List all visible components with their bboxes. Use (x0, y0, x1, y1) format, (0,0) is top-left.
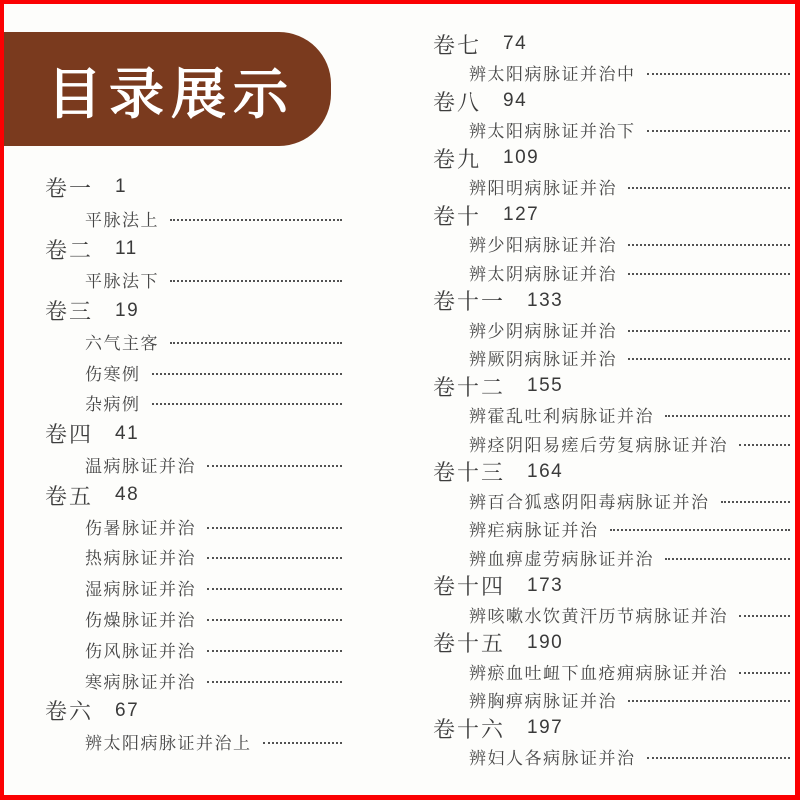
book-toc-page: 目录展示 卷一1平脉法上卷二11平脉法下卷三19六气主客伤寒例杂病例卷四41温病… (0, 0, 800, 800)
entry-title: 辨太阳病脉证并治中 (469, 60, 636, 85)
dotted-leader (207, 681, 342, 683)
chapter-page-number: 197 (527, 717, 563, 739)
chapter-title: 卷十四 (433, 570, 505, 601)
toc-entry-row: 辨痉阴阳易瘥后劳复病脉证并治 (433, 429, 791, 458)
chapter-title: 卷八 (433, 86, 481, 117)
toc-entry-row: 六气主客 (45, 326, 343, 357)
toc-badge: 目录展示 (4, 32, 331, 146)
toc-entry-row: 辨太阳病脉证并治中 (433, 59, 791, 88)
entry-title: 平脉法上 (85, 206, 159, 231)
toc-chapter-row: 卷三19 (45, 295, 343, 326)
dotted-leader (170, 280, 342, 282)
dotted-leader (647, 130, 791, 132)
entry-title: 辨血痹虚劳病脉证并治 (469, 545, 654, 570)
toc-chapter-row: 卷八94 (433, 87, 791, 116)
toc-entry-row: 寒病脉证并治 (45, 665, 343, 696)
chapter-title: 卷十 (433, 200, 481, 231)
entry-title: 寒病脉证并治 (85, 668, 196, 693)
dotted-leader (170, 342, 342, 344)
chapter-title: 卷九 (433, 143, 481, 174)
dotted-leader (647, 757, 791, 759)
toc-entry-row: 伤寒例 (45, 357, 343, 388)
chapter-title: 卷七 (433, 29, 481, 60)
toc-chapter-row: 卷十二155 (433, 372, 791, 401)
dotted-leader (628, 330, 790, 332)
toc-chapter-row: 卷十六197 (433, 714, 791, 743)
toc-chapter-row: 卷二11 (45, 234, 343, 265)
toc-entry-row: 杂病例 (45, 388, 343, 419)
toc-chapter-row: 卷十三164 (433, 458, 791, 487)
chapter-title: 卷五 (45, 480, 93, 511)
dotted-leader (207, 557, 342, 559)
toc-chapter-row: 卷十127 (433, 201, 791, 230)
toc-chapter-row: 卷九109 (433, 144, 791, 173)
dotted-leader (665, 558, 790, 560)
dotted-leader (610, 529, 791, 531)
entry-title: 温病脉证并治 (85, 452, 196, 477)
dotted-leader (628, 700, 790, 702)
entry-title: 伤风脉证并治 (85, 637, 196, 662)
toc-entry-row: 辨妇人各病脉证并治 (433, 743, 791, 772)
chapter-page-number: 67 (115, 700, 139, 722)
entry-title: 伤寒例 (85, 360, 141, 385)
entry-title: 辨百合狐惑阴阳毒病脉证并治 (469, 488, 710, 513)
toc-entry-row: 辨咳嗽水饮黄汗历节病脉证并治 (433, 600, 791, 629)
toc-chapter-row: 卷四41 (45, 418, 343, 449)
entry-title: 辨阳明病脉证并治 (469, 174, 617, 199)
chapter-page-number: 41 (115, 423, 139, 445)
chapter-title: 卷六 (45, 695, 93, 726)
chapter-page-number: 190 (527, 632, 563, 654)
dotted-leader (207, 650, 342, 652)
dotted-leader (263, 742, 343, 744)
chapter-page-number: 1 (115, 176, 127, 198)
dotted-leader (628, 273, 790, 275)
entry-title: 六气主客 (85, 329, 159, 354)
toc-entry-row: 辨疟病脉证并治 (433, 515, 791, 544)
entry-title: 辨少阳病脉证并治 (469, 231, 617, 256)
entry-title: 辨厥阴病脉证并治 (469, 345, 617, 370)
entry-title: 辨疟病脉证并治 (469, 516, 599, 541)
chapter-page-number: 109 (503, 147, 539, 169)
chapter-page-number: 74 (503, 33, 527, 55)
toc-entry-row: 平脉法下 (45, 264, 343, 295)
chapter-page-number: 19 (115, 300, 139, 322)
toc-chapter-row: 卷六67 (45, 696, 343, 727)
chapter-title: 卷四 (45, 418, 93, 449)
dotted-leader (721, 501, 791, 503)
chapter-page-number: 155 (527, 375, 563, 397)
dotted-leader (628, 187, 790, 189)
dotted-leader (207, 465, 342, 467)
entry-title: 辨妇人各病脉证并治 (469, 744, 636, 769)
toc-entry-row: 辨胸痹病脉证并治 (433, 686, 791, 715)
chapter-page-number: 127 (503, 204, 539, 226)
toc-entry-row: 辨太阳病脉证并治下 (433, 116, 791, 145)
entry-title: 辨瘀血吐衄下血疮痈病脉证并治 (469, 659, 728, 684)
toc-entry-row: 辨少阳病脉证并治 (433, 230, 791, 259)
toc-chapter-row: 卷七74 (433, 30, 791, 59)
dotted-leader (739, 672, 790, 674)
entry-title: 湿病脉证并治 (85, 575, 196, 600)
chapter-title: 卷十二 (433, 371, 505, 402)
dotted-leader (207, 527, 342, 529)
toc-chapter-row: 卷五48 (45, 480, 343, 511)
chapter-title: 卷十六 (433, 713, 505, 744)
dotted-leader (152, 403, 343, 405)
chapter-page-number: 173 (527, 575, 563, 597)
chapter-title: 卷十三 (433, 456, 505, 487)
toc-entry-row: 伤风脉证并治 (45, 634, 343, 665)
entry-title: 辨咳嗽水饮黄汗历节病脉证并治 (469, 602, 728, 627)
entry-title: 平脉法下 (85, 267, 159, 292)
toc-entry-row: 平脉法上 (45, 203, 343, 234)
toc-entry-row: 伤暑脉证并治 (45, 511, 343, 542)
dotted-leader (739, 444, 790, 446)
toc-column-right: 卷七74辨太阳病脉证并治中卷八94辨太阳病脉证并治下卷九109辨阳明病脉证并治卷… (433, 30, 791, 771)
dotted-leader (207, 588, 342, 590)
toc-chapter-row: 卷十五190 (433, 629, 791, 658)
toc-entry-row: 热病脉证并治 (45, 542, 343, 573)
toc-entry-row: 伤燥脉证并治 (45, 603, 343, 634)
entry-title: 伤暑脉证并治 (85, 514, 196, 539)
chapter-page-number: 164 (527, 461, 563, 483)
entry-title: 辨太阴病脉证并治 (469, 260, 617, 285)
entry-title: 杂病例 (85, 390, 141, 415)
chapter-page-number: 48 (115, 484, 139, 506)
toc-entry-row: 辨少阴病脉证并治 (433, 315, 791, 344)
dotted-leader (647, 73, 791, 75)
toc-badge-label: 目录展示 (40, 50, 295, 129)
entry-title: 热病脉证并治 (85, 544, 196, 569)
toc-entry-row: 辨太阴病脉证并治 (433, 258, 791, 287)
chapter-page-number: 11 (115, 238, 138, 260)
toc-entry-row: 湿病脉证并治 (45, 572, 343, 603)
toc-chapter-row: 卷十四173 (433, 572, 791, 601)
toc-entry-row: 辨厥阴病脉证并治 (433, 344, 791, 373)
toc-entry-row: 辨霍乱吐利病脉证并治 (433, 401, 791, 430)
dotted-leader (152, 373, 343, 375)
dotted-leader (665, 415, 790, 417)
chapter-title: 卷一 (45, 172, 93, 203)
toc-entry-row: 温病脉证并治 (45, 449, 343, 480)
chapter-page-number: 133 (527, 290, 563, 312)
entry-title: 辨太阳病脉证并治上 (85, 729, 252, 754)
entry-title: 辨霍乱吐利病脉证并治 (469, 402, 654, 427)
entry-title: 辨胸痹病脉证并治 (469, 687, 617, 712)
chapter-title: 卷三 (45, 295, 93, 326)
toc-entry-row: 辨百合狐惑阴阳毒病脉证并治 (433, 486, 791, 515)
chapter-page-number: 94 (503, 90, 527, 112)
entry-title: 辨少阴病脉证并治 (469, 317, 617, 342)
toc-entry-row: 辨阳明病脉证并治 (433, 173, 791, 202)
dotted-leader (207, 619, 342, 621)
toc-entry-row: 辨太阳病脉证并治上 (45, 726, 343, 757)
entry-title: 伤燥脉证并治 (85, 606, 196, 631)
toc-entry-row: 辨血痹虚劳病脉证并治 (433, 543, 791, 572)
toc-entry-row: 辨瘀血吐衄下血疮痈病脉证并治 (433, 657, 791, 686)
toc-chapter-row: 卷十一133 (433, 287, 791, 316)
chapter-title: 卷十一 (433, 285, 505, 316)
toc-column-left: 卷一1平脉法上卷二11平脉法下卷三19六气主客伤寒例杂病例卷四41温病脉证并治卷… (45, 172, 343, 757)
dotted-leader (170, 219, 342, 221)
chapter-title: 卷二 (45, 234, 93, 265)
dotted-leader (628, 358, 790, 360)
entry-title: 辨痉阴阳易瘥后劳复病脉证并治 (469, 431, 728, 456)
dotted-leader (739, 615, 790, 617)
dotted-leader (628, 244, 790, 246)
toc-chapter-row: 卷一1 (45, 172, 343, 203)
entry-title: 辨太阳病脉证并治下 (469, 117, 636, 142)
chapter-title: 卷十五 (433, 627, 505, 658)
